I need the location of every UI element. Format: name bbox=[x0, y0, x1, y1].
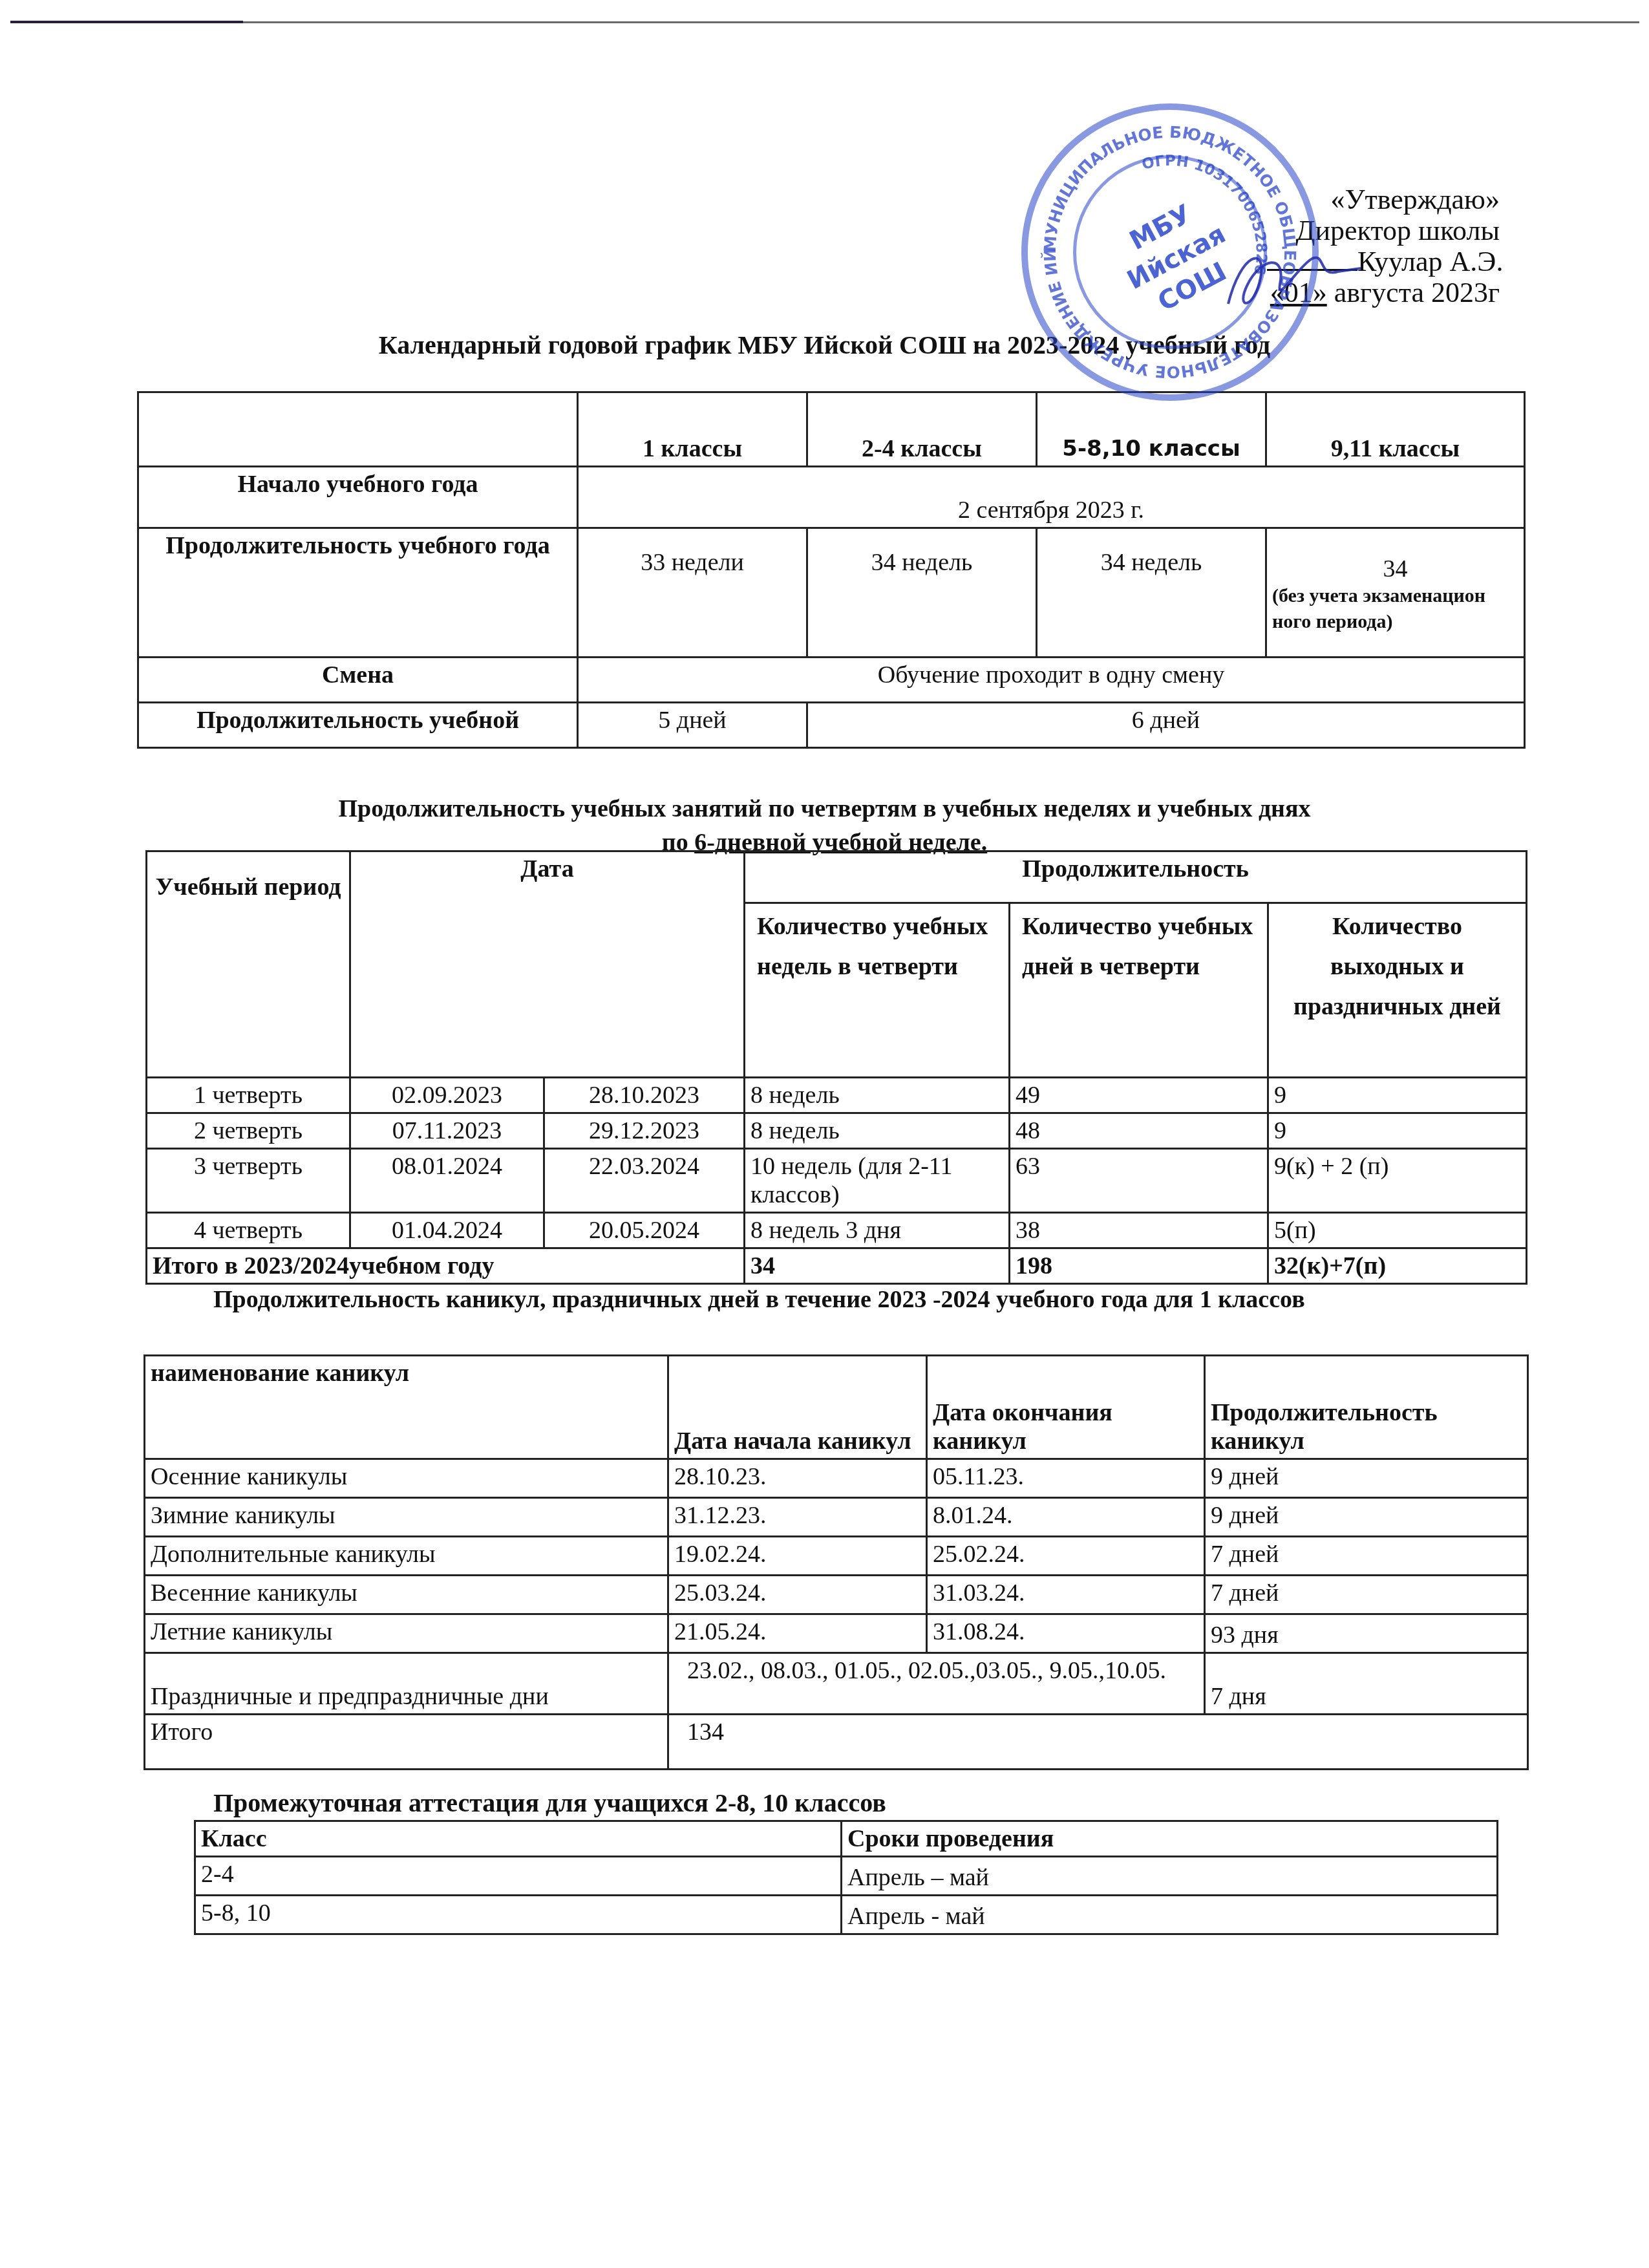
q2-period: 2 четверть bbox=[147, 1113, 350, 1149]
public-holidays-label: Праздничные и предпраздничные дни bbox=[145, 1653, 668, 1715]
table-header-row: Класс Сроки проведения bbox=[195, 1821, 1498, 1857]
duration-note: (без учета экзаменацион ного периода) bbox=[1272, 583, 1518, 635]
winter-end: 8.01.24. bbox=[927, 1498, 1205, 1537]
total-off: 32(к)+7(п) bbox=[1268, 1248, 1527, 1284]
public-holidays-dates: 23.02., 08.03., 01.05., 02.05.,03.05., 9… bbox=[668, 1653, 1205, 1715]
spring-start: 25.03.24. bbox=[668, 1576, 927, 1614]
summer-name: Летние каникулы bbox=[145, 1614, 668, 1653]
table-row: Весенние каникулы 25.03.24. 31.03.24. 7 … bbox=[145, 1576, 1528, 1614]
q2-end: 29.12.2023 bbox=[544, 1113, 745, 1149]
table-total-row: Итого в 2023/2024учебном году 34 198 32(… bbox=[147, 1248, 1527, 1284]
header-grade-9-11: 9,11 классы bbox=[1266, 392, 1525, 467]
spring-length: 7 дней bbox=[1205, 1576, 1528, 1614]
duration-grade-5-8-10: 34 недель bbox=[1037, 528, 1266, 658]
total-label: Итого в 2023/2024учебном году bbox=[147, 1248, 745, 1284]
header-holiday-length: Продолжительность каникул bbox=[1205, 1356, 1528, 1459]
q3-period: 3 четверть bbox=[147, 1149, 350, 1213]
table-row: Смена Обучение проходит в одну смену bbox=[138, 658, 1525, 703]
table-total-row: Итого 134 bbox=[145, 1715, 1528, 1770]
header-holiday-start: Дата начала каникул bbox=[668, 1356, 927, 1459]
q1-start: 02.09.2023 bbox=[350, 1078, 544, 1113]
header-grade-5-8-10: 5-8,10 классы bbox=[1037, 392, 1266, 467]
table-row: Летние каникулы 21.05.24. 31.08.24. 93 д… bbox=[145, 1614, 1528, 1653]
header-empty bbox=[138, 392, 578, 467]
total-days: 198 bbox=[1010, 1248, 1268, 1284]
spring-name: Весенние каникулы bbox=[145, 1576, 668, 1614]
quarters-table: Учебный период Дата Продолжительность Ко… bbox=[145, 850, 1527, 1285]
duration-label: Продолжительность учебного года bbox=[138, 528, 578, 658]
header-period: Учебный период bbox=[147, 851, 350, 1078]
attestation-title: Промежуточная аттестация для учащихся 2-… bbox=[213, 1788, 886, 1818]
extra-end: 25.02.24. bbox=[927, 1537, 1205, 1576]
q4-end: 20.05.2024 bbox=[544, 1213, 745, 1248]
header-term: Сроки проведения bbox=[842, 1821, 1498, 1857]
header-duration: Продолжительность bbox=[745, 851, 1527, 903]
attestation-term-2-4: Апрель – май bbox=[842, 1857, 1498, 1896]
q2-weeks: 8 недель bbox=[745, 1113, 1010, 1149]
header-grade-1: 1 классы bbox=[578, 392, 807, 467]
autumn-length: 9 дней bbox=[1205, 1459, 1528, 1498]
schedule-overview-table: 1 классы 2-4 классы 5-8,10 классы 9,11 к… bbox=[137, 391, 1526, 749]
attestation-table: Класс Сроки проведения 2-4 Апрель – май … bbox=[194, 1820, 1498, 1935]
header-holidays: Количество выходных и праздничных дней bbox=[1268, 903, 1527, 1078]
table-row: 3 четверть 08.01.2024 22.03.2024 10 неде… bbox=[147, 1149, 1527, 1213]
q3-off: 9(к) + 2 (п) bbox=[1268, 1149, 1527, 1213]
quarters-title: Продолжительность учебных занятий по чет… bbox=[0, 792, 1649, 859]
q1-weeks: 8 недель bbox=[745, 1078, 1010, 1113]
winter-name: Зимние каникулы bbox=[145, 1498, 668, 1537]
total-weeks: 34 bbox=[745, 1248, 1010, 1284]
shift-label: Смена bbox=[138, 658, 578, 703]
document-title: Календарный годовой график МБУ Ийской СО… bbox=[0, 330, 1649, 360]
scan-top-border bbox=[10, 21, 1639, 23]
duration-grade-1: 33 недели bbox=[578, 528, 807, 658]
summer-length: 93 дня bbox=[1205, 1614, 1528, 1653]
table-row: 4 четверть 01.04.2024 20.05.2024 8 недел… bbox=[147, 1213, 1527, 1248]
q2-days: 48 bbox=[1010, 1113, 1268, 1149]
q4-weeks: 8 недель 3 дня bbox=[745, 1213, 1010, 1248]
attestation-class-5-8-10: 5-8, 10 bbox=[195, 1896, 842, 1934]
q3-end: 22.03.2024 bbox=[544, 1149, 745, 1213]
public-holidays-length: 7 дня bbox=[1205, 1653, 1528, 1715]
winter-start: 31.12.23. bbox=[668, 1498, 927, 1537]
header-grade-2-4: 2-4 классы bbox=[807, 392, 1037, 467]
autumn-name: Осенние каникулы bbox=[145, 1459, 668, 1498]
start-label: Начало учебного года bbox=[138, 467, 578, 528]
table-row: Продолжительность учебной 5 дней 6 дней bbox=[138, 703, 1525, 748]
week-grade-2-11: 6 дней bbox=[807, 703, 1525, 748]
extra-start: 19.02.24. bbox=[668, 1537, 927, 1576]
start-value: 2 сентября 2023 г. bbox=[578, 467, 1525, 528]
header-holiday-name: наименование каникул bbox=[145, 1356, 668, 1459]
attestation-term-5-8-10: Апрель - май bbox=[842, 1896, 1498, 1934]
holidays-total-label: Итого bbox=[145, 1715, 668, 1770]
table-row: Зимние каникулы 31.12.23. 8.01.24. 9 дне… bbox=[145, 1498, 1528, 1537]
duration-grade-2-4: 34 недель bbox=[807, 528, 1037, 658]
spring-end: 31.03.24. bbox=[927, 1576, 1205, 1614]
table-row: Осенние каникулы 28.10.23. 05.11.23. 9 д… bbox=[145, 1459, 1528, 1498]
table-header-row: наименование каникул Дата начала каникул… bbox=[145, 1356, 1528, 1459]
summer-start: 21.05.24. bbox=[668, 1614, 927, 1653]
table-row: 2 четверть 07.11.2023 29.12.2023 8 недел… bbox=[147, 1113, 1527, 1149]
duration-grade-9-11: 34 (без учета экзаменацион ного периода) bbox=[1266, 528, 1525, 658]
holidays-title: Продолжительность каникул, праздничных д… bbox=[213, 1287, 1500, 1312]
q3-weeks: 10 недель (для 2-11 классов) bbox=[745, 1149, 1010, 1213]
table-row: 5-8, 10 Апрель - май bbox=[195, 1896, 1498, 1934]
q4-period: 4 четверть bbox=[147, 1213, 350, 1248]
holidays-total-value: 134 bbox=[668, 1715, 1528, 1770]
header-date: Дата bbox=[350, 851, 745, 1078]
extra-name: Дополнительные каникулы bbox=[145, 1537, 668, 1576]
q3-days: 63 bbox=[1010, 1149, 1268, 1213]
q1-off: 9 bbox=[1268, 1078, 1527, 1113]
header-class: Класс bbox=[195, 1821, 842, 1857]
q4-days: 38 bbox=[1010, 1213, 1268, 1248]
q2-off: 9 bbox=[1268, 1113, 1527, 1149]
q4-off: 5(п) bbox=[1268, 1213, 1527, 1248]
attestation-class-2-4: 2-4 bbox=[195, 1857, 842, 1896]
table-row: Дополнительные каникулы 19.02.24. 25.02.… bbox=[145, 1537, 1528, 1576]
table-row: Начало учебного года 2 сентября 2023 г. bbox=[138, 467, 1525, 528]
week-label: Продолжительность учебной bbox=[138, 703, 578, 748]
table-header-row: Учебный период Дата Продолжительность bbox=[147, 851, 1527, 903]
table-row: 1 четверть 02.09.2023 28.10.2023 8 недел… bbox=[147, 1078, 1527, 1113]
header-days: Количество учебных дней в четверти bbox=[1010, 903, 1268, 1078]
q1-days: 49 bbox=[1010, 1078, 1268, 1113]
extra-length: 7 дней bbox=[1205, 1537, 1528, 1576]
autumn-start: 28.10.23. bbox=[668, 1459, 927, 1498]
table-header-row: 1 классы 2-4 классы 5-8,10 классы 9,11 к… bbox=[138, 392, 1525, 467]
autumn-end: 05.11.23. bbox=[927, 1459, 1205, 1498]
q2-start: 07.11.2023 bbox=[350, 1113, 544, 1149]
q1-end: 28.10.2023 bbox=[544, 1078, 745, 1113]
table-row: Продолжительность учебного года 33 недел… bbox=[138, 528, 1525, 658]
table-row: Праздничные и предпраздничные дни 23.02.… bbox=[145, 1653, 1528, 1715]
q1-period: 1 четверть bbox=[147, 1078, 350, 1113]
q4-start: 01.04.2024 bbox=[350, 1213, 544, 1248]
quarters-title-line1: Продолжительность учебных занятий по чет… bbox=[0, 792, 1649, 826]
table-row: 2-4 Апрель – май bbox=[195, 1857, 1498, 1896]
shift-value: Обучение проходит в одну смену bbox=[578, 658, 1525, 703]
header-holiday-end: Дата окончания каникул bbox=[927, 1356, 1205, 1459]
summer-end: 31.08.24. bbox=[927, 1614, 1205, 1653]
week-grade-1: 5 дней bbox=[578, 703, 807, 748]
signature-icon bbox=[1215, 239, 1364, 317]
q3-start: 08.01.2024 bbox=[350, 1149, 544, 1213]
duration-grade-9-11-value: 34 bbox=[1272, 555, 1518, 583]
header-weeks: Количество учебных недель в четверти bbox=[745, 903, 1010, 1078]
holidays-table: наименование каникул Дата начала каникул… bbox=[144, 1354, 1529, 1770]
winter-length: 9 дней bbox=[1205, 1498, 1528, 1537]
